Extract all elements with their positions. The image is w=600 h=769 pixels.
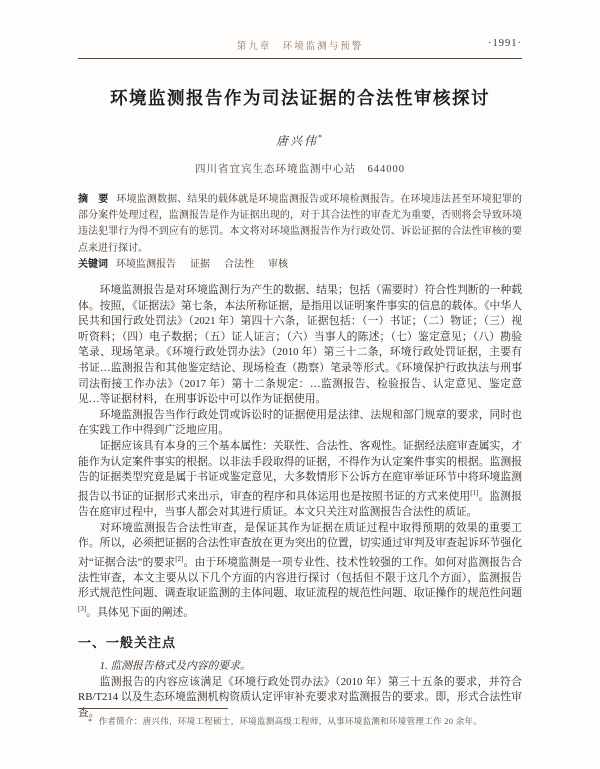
body-paragraph: 环境监测报告是对环境监测行为产生的数据、结果；包括（需要时）符合性判断的一种载体… [78,283,522,408]
abstract: 摘 要环境监测数据、结果的载体就是环境监测报告或环境检测报告。在环境违法甚至环境… [78,192,522,257]
chapter-title: 第九章 环境监测与预警 [78,38,522,52]
keywords: 关键词环境监测报告证据合法性审核 [78,257,522,273]
paper-page: 第九章 环境监测与预警 ·1991· 环境监测报告作为司法证据的合法性审核探讨 … [0,0,600,769]
body-paragraph: 证据应该具有本身的三个基本属性：关联性、合法性、客观性。证据经法庭审查属实，才能… [78,439,522,521]
page-number: ·1991· [488,38,522,49]
running-header: 第九章 环境监测与预警 ·1991· [78,38,522,54]
affiliation: 四川省宜宾生态环境监测中心站 644000 [78,161,522,176]
keywords-label: 关键词 [78,259,108,270]
footnote-rule [78,708,228,709]
footnote-marker: * [88,716,93,726]
abstract-label: 摘 要 [78,194,108,205]
section-heading: 一、一般关注点 [78,632,522,651]
body-paragraphs: 环境监测报告是对环境监测行为产生的数据、结果；包括（需要时）符合性判断的一种载体… [78,283,522,621]
footnote-text: 作者简介：唐兴伟，环境工程硕士，环境监测高级工程师，从事环境监测和环境管理工作 … [99,716,483,726]
body-paragraph: 对环境监测报告合法性审查，是保证其作为证据在质证过程中取得预期的效果的重要工作。… [78,521,522,622]
keyword: 环境监测报告 [116,259,176,270]
item-heading: 1. 监测报告格式及内容的要求。 [78,659,522,675]
keyword: 审核 [268,259,288,270]
header-rule [78,58,522,59]
body-paragraph: 环境监测报告当作行政处罚或诉讼时的证据使用是法律、法规和部门规章的要求，同时也在… [78,408,522,439]
keyword: 合法性 [224,259,254,270]
citation-superscript: [2] [175,555,183,563]
keyword: 证据 [190,259,210,270]
abstract-text: 环境监测数据、结果的载体就是环境监测报告或环境检测报告。在环境违法甚至环境犯罪的… [78,194,522,254]
keywords-list: 环境监测报告证据合法性审核 [116,259,302,270]
citation-superscript: [1] [470,489,478,497]
citation-superscript: [3] [78,605,86,613]
footnote: *作者简介：唐兴伟，环境工程硕士，环境监测高级工程师，从事环境监测和环境管理工作… [78,715,522,727]
footnote-area: *作者简介：唐兴伟，环境工程硕士，环境监测高级工程师，从事环境监测和环境管理工作… [78,708,522,727]
paper-title: 环境监测报告作为司法证据的合法性审核探讨 [78,85,522,110]
author-marker: * [318,133,324,142]
author-name: 唐兴伟 [276,134,318,148]
author-line: 唐兴伟* [78,132,522,149]
